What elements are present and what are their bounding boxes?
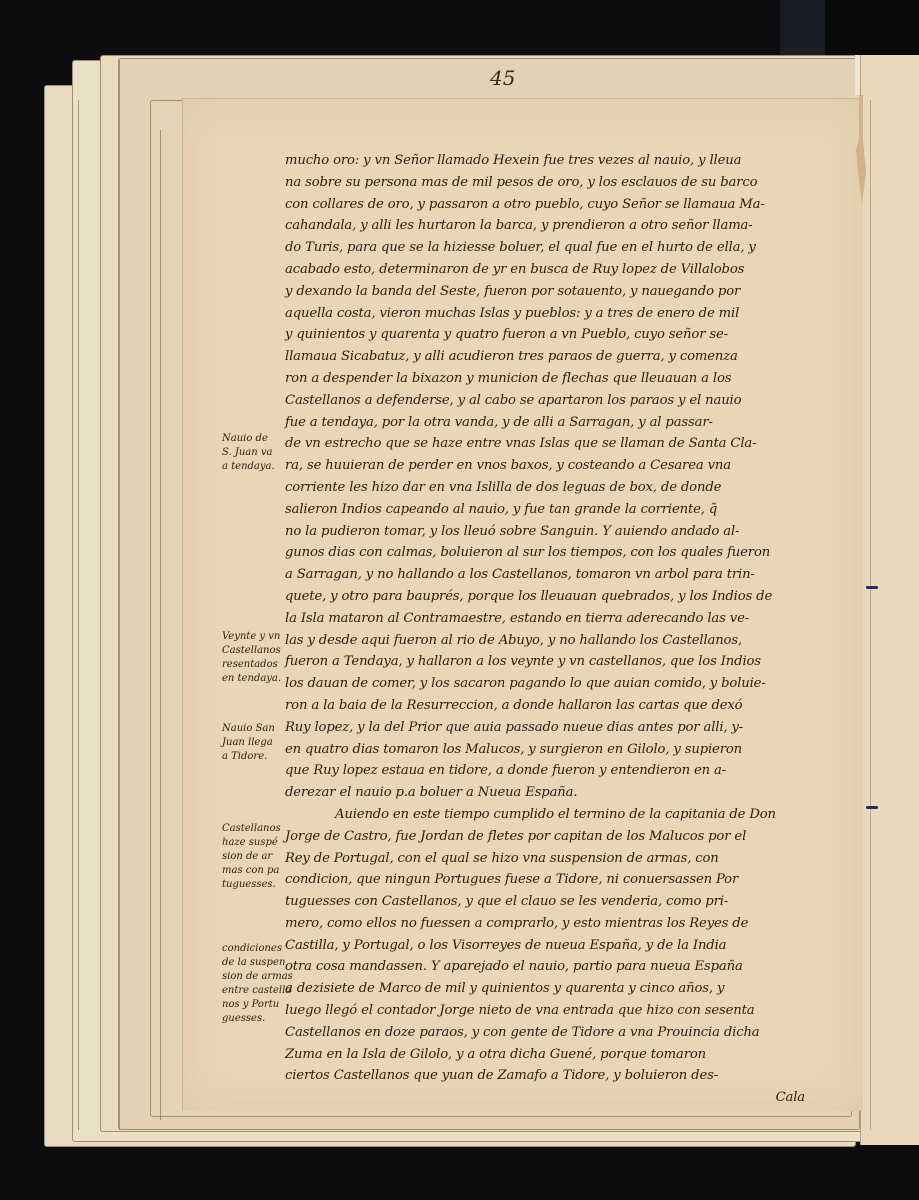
text-line: mucho oro: y vn Señor llamado Hexein fue… [285,150,825,172]
margin-note-llega-tidore: Nauio San Juan llega a Tidore. [222,722,294,764]
text-line: los dauan de comer, y los sacaron pagand… [285,673,825,695]
text-line: y quinientos y quarenta y quatro fueron … [285,324,825,346]
text-line: corriente les hizo dar en vna Islilla de… [285,477,825,499]
text-line: en quatro dias tomaron los Malucos, y su… [285,739,825,761]
text-line: gunos dias con calmas, boluieron al sur … [285,542,825,564]
text-line: llamaua Sicabatuz, y alli acudieron tres… [285,346,825,368]
margin-note-nauio-san-juan: Nauio de S. Juan va a tendaya. [222,432,294,474]
text-line: Ruy lopez, y la del Prior que auia passa… [285,717,825,739]
text-line: fueron a Tendaya, y hallaron a los veynt… [285,651,825,673]
margin-note-suspension: Castellanos haze suspé sion de ar mas co… [222,822,294,892]
binding-stitch [866,806,878,809]
text-line: luego llegó el contador Jorge nieto de v… [285,1000,825,1022]
text-line: mero, como ellos no fuessen a comprarlo,… [285,913,825,935]
text-line: ron a despender la bixazon y municion de… [285,368,825,390]
text-line: na sobre su persona mas de mil pesos de … [285,172,825,194]
text-line: que Ruy lopez estaua en tidore, a donde … [285,760,825,782]
text-line: otra cosa mandassen. Y aparejado el naui… [285,956,825,978]
text-line: salieron Indios capeando al nauio, y fue… [285,499,825,521]
text-line: ra, se huuieran de perder en vnos baxos,… [285,455,825,477]
text-line: las y desde aqui fueron al rio de Abuyo,… [285,630,825,652]
text-line: cahandala, y alli les hurtaron la barca,… [285,215,825,237]
binding-stitch [866,586,878,589]
text-line: Auiendo en este tiempo cumplido el termi… [285,804,825,826]
text-line: Castilla, y Portugal, o los Visorreyes d… [285,935,825,957]
facing-page [860,55,919,1145]
text-line: acabado esto, determinaron de yr en busc… [285,259,825,281]
text-line: aquella costa, vieron muchas Islas y pue… [285,303,825,325]
text-line: Castellanos a defenderse, y al cabo se a… [285,390,825,412]
scan-background-strip [825,0,919,55]
text-line: ron a la baia de la Resurreccion, a dond… [285,695,825,717]
text-line: Zuma en la Isla de Gilolo, y a otra dich… [285,1044,825,1066]
text-line: do Turis, para que se la hiziesse boluer… [285,237,825,259]
text-line: quete, y otro para bauprés, porque los l… [285,586,825,608]
text-line: la Isla mataron al Contramaestre, estand… [285,608,825,630]
manuscript-body: mucho oro: y vn Señor llamado Hexein fue… [285,150,825,1109]
text-line: fue a tendaya, por la otra vanda, y de a… [285,412,825,434]
binding-fold [870,100,871,1130]
text-line: condicion, que ningun Portugues fuese a … [285,869,825,891]
text-line: Jorge de Castro, fue Jordan de fletes po… [285,826,825,848]
text-line: no la pudieron tomar, y los lleuó sobre … [285,521,825,543]
text-line: tuguesses con Castellanos, y que el clau… [285,891,825,913]
text-line: Castellanos en doze paraos, y con gente … [285,1022,825,1044]
text-line: y dexando la banda del Seste, fueron por… [285,281,825,303]
text-line: con collares de oro, y passaron a otro p… [285,194,825,216]
margin-note-veynte-castellanos: Veynte y vn Castellanos resentados en te… [222,630,294,686]
text-line: de vn estrecho que se haze entre vnas Is… [285,433,825,455]
margin-note-condiciones: condiciones de la suspen sion de armas e… [222,942,294,1026]
text-line: derezar el nauio p.a boluer a Nueua Espa… [285,782,825,804]
leaf-edge [160,130,161,1120]
text-line: a Sarragan, y no hallando a los Castella… [285,564,825,586]
leaf-edge [78,100,79,1130]
leaf-edge [119,60,120,1130]
text-line: Rey de Portugal, con el qual se hizo vna… [285,848,825,870]
folio-number: 45 [490,66,515,90]
text-line: a dezisiete de Marco de mil y quinientos… [285,978,825,1000]
catchword: Cala [285,1087,825,1109]
text-line: ciertos Castellanos que yuan de Zamafo a… [285,1065,825,1087]
